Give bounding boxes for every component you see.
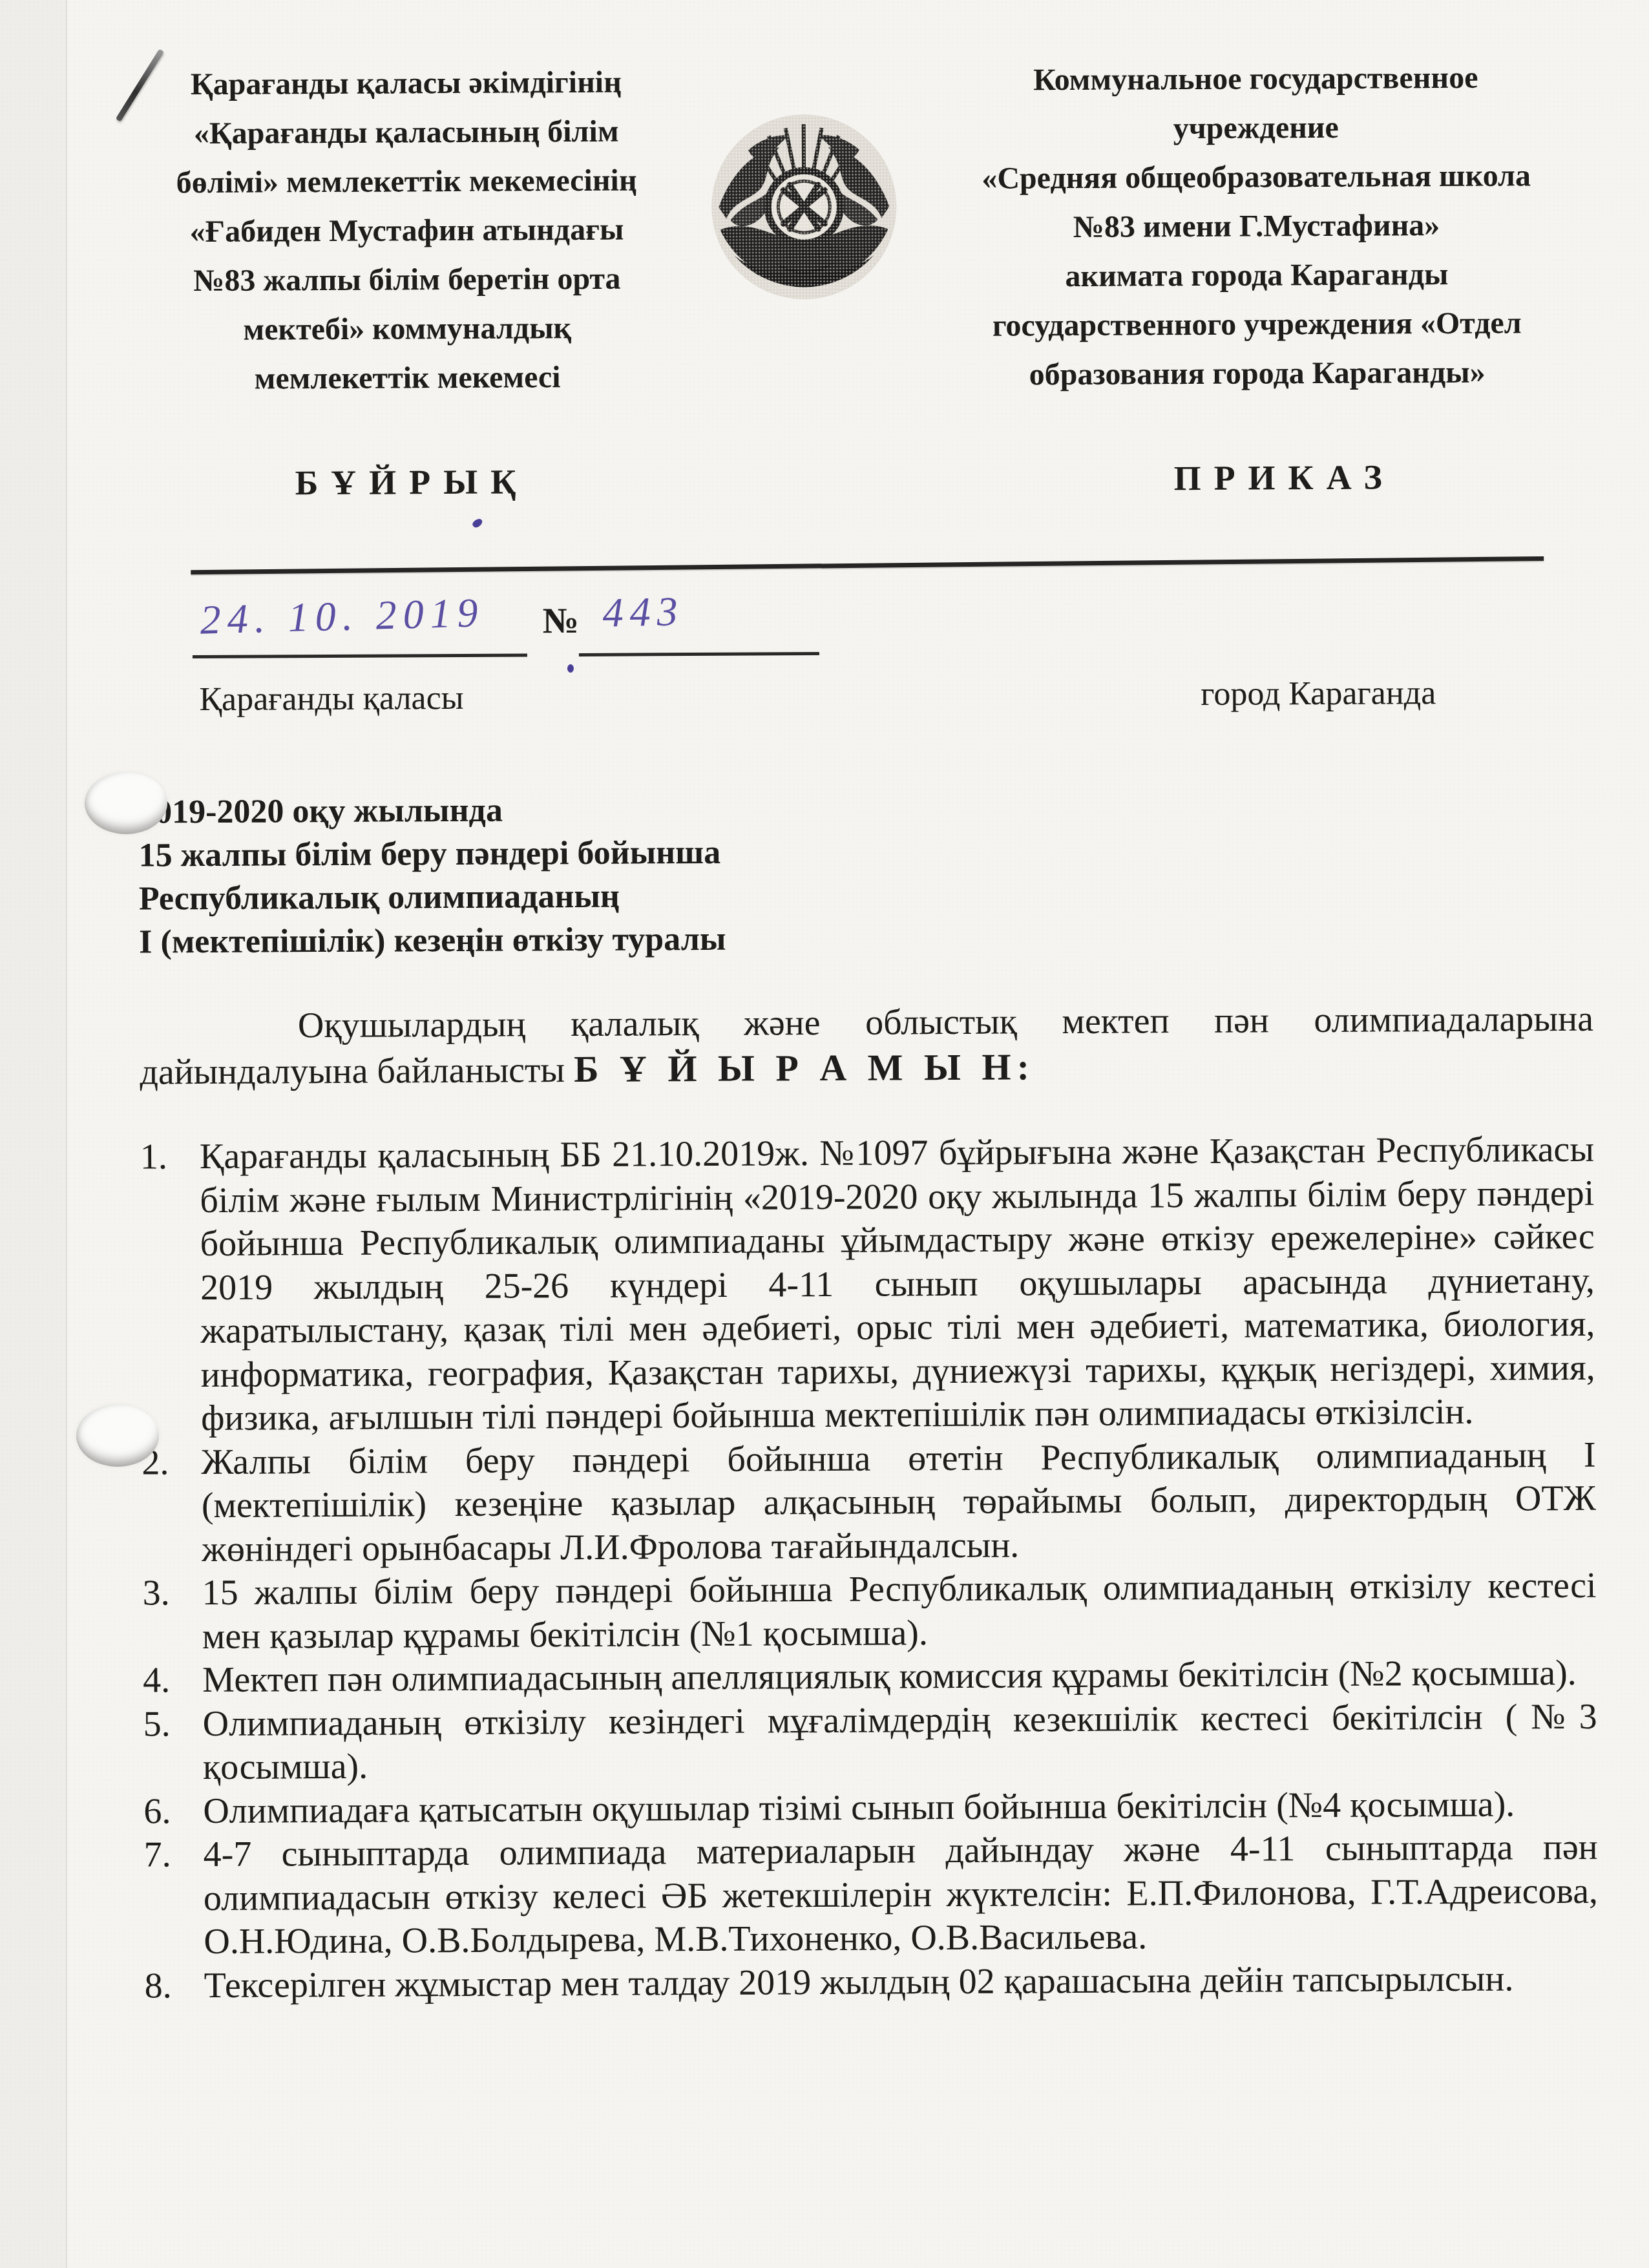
letterhead-russian: Коммунальное государственное учреждение … [900, 53, 1613, 401]
intro-paragraph: Оқушылардың қалалық және облыстық мектеп… [140, 996, 1594, 1095]
order-title-row: БҰЙРЫҚ ПРИКАЗ [0, 456, 1646, 464]
handwritten-order-number: 443 [602, 587, 684, 636]
scanned-order-page: Қарағанды қаласы әкімдігінің «Қарағанды … [0, 0, 1649, 2268]
order-item: Олимпиаданың өткізілу кезіндегі мұғалімд… [143, 1695, 1597, 1790]
date-underline [193, 653, 527, 658]
order-subject: 2019-2020 оқу жылында 15 жалпы білім бер… [138, 786, 1108, 964]
letterhead-kazakh: Қарағанды қаласы әкімдігінің «Қарағанды … [105, 58, 708, 404]
city-row: Қарағанды қаласы город Караганда [138, 673, 1591, 681]
letterhead-line: «Ғабиден Мустафин атындағы [106, 205, 707, 257]
punch-hole [85, 772, 167, 834]
handwritten-date: 24. 10. 2019 [200, 589, 485, 644]
document-content: Қарағанды қаласы әкімдігінің «Қарағанды … [0, 0, 1649, 2268]
letterhead-line: образования города Караганды» [901, 348, 1612, 401]
subject-line: Республикалық олимпиаданың [139, 872, 1108, 921]
subject-line: І (мектепішілік) кезеңін өткізу туралы [139, 916, 1108, 964]
order-item: Жалпы білім беру пәндері бойынша өтетін … [142, 1433, 1596, 1571]
letterhead-line: Коммунальное государственное [900, 53, 1611, 106]
numero-sign: № [543, 600, 580, 642]
letterhead-line: бөлімі» мемлекеттік мекемесінің [106, 156, 707, 208]
letterhead-line: «Қарағанды қаласының білім [106, 107, 707, 159]
letterhead-line: акимата города Караганды [901, 249, 1612, 302]
order-item: 4-7 сыныптарда олимпиада материаларын да… [143, 1826, 1598, 1964]
letterhead-line: №83 жалпы білім беретін орта [107, 254, 708, 306]
subject-line: 15 жалпы білім беру пәндері бойынша [138, 829, 1108, 877]
kazakhstan-emblem-icon [707, 109, 902, 304]
date-number-row: 24. 10. 2019 № 443 [0, 580, 1648, 673]
punch-hole [76, 1405, 159, 1467]
subject-line: 2019-2020 оқу жылында [138, 786, 1108, 834]
ink-speck [567, 664, 574, 673]
letterhead-line: государственного учреждения «Отдел [901, 299, 1612, 352]
letterhead-line: «Средняя общеобразовательная школа [901, 151, 1612, 204]
order-item: Тексерілген жұмыстар мен талдау 2019 жыл… [145, 1957, 1599, 2008]
letterhead-line: Қарағанды қаласы әкімдігінің [105, 58, 706, 110]
number-underline [579, 652, 819, 656]
order-item: 15 жалпы білім беру пәндері бойынша Респ… [142, 1564, 1597, 1659]
letterhead-line: учреждение [901, 102, 1612, 155]
decree-label: Б Ұ Й Ы Р А М Ы Н: [574, 1045, 1035, 1090]
divider-rule [191, 556, 1544, 574]
city-russian: город Караганда [1201, 674, 1436, 713]
letterhead-line: мектебі» коммуналдық [107, 303, 708, 355]
order-item: Қарағанды қаласының ББ 21.10.2019ж. №109… [140, 1128, 1595, 1441]
city-kazakh: Қарағанды қаласы [199, 679, 464, 719]
order-item: Мектеп пән олимпиадасының апелляциялық к… [143, 1652, 1597, 1703]
letterhead-line: №83 имени Г.Мустафина» [901, 200, 1612, 253]
order-title-russian: ПРИКАЗ [1173, 457, 1395, 498]
letterhead-line: мемлекеттік мекемесі [107, 352, 708, 404]
order-items-list: Қарағанды қаласының ББ 21.10.2019ж. №109… [140, 1128, 1599, 2008]
order-title-kazakh: БҰЙРЫҚ [295, 461, 529, 503]
order-item: Олимпиадаға қатысатын оқушылар тізімі сы… [143, 1782, 1597, 1833]
emblem-container [706, 56, 902, 401]
letterhead: Қарағанды қаласы әкімдігінің «Қарағанды … [105, 53, 1613, 404]
